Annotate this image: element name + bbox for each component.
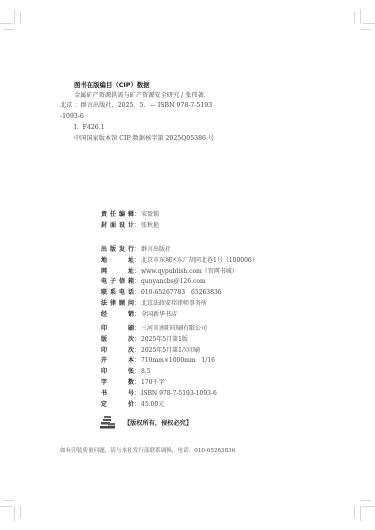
isbn-row: 书 号：ISBN 978-7-5193-1093-6 bbox=[101, 389, 217, 400]
word-count-label: 字 数 bbox=[101, 378, 134, 389]
books-icon bbox=[100, 415, 116, 429]
edition-label: 版 次 bbox=[101, 335, 134, 346]
cip-line-publication: 北京 ：群言出版社，2025．5．— ISBN 978-7-5193 bbox=[60, 101, 320, 112]
sheets-value: 8.5 bbox=[140, 367, 151, 378]
email-label: 电子信箱 bbox=[101, 277, 134, 288]
edition-value: 2025年5月第1版 bbox=[140, 335, 188, 346]
legal-counsel-row: 法律顾问：北京法政安邦律师事务所 bbox=[101, 299, 258, 310]
credit-label: 责任编辑 bbox=[101, 210, 134, 221]
copyright-text: 【版权所有，侵权必究】 bbox=[124, 418, 192, 427]
website-link[interactable]: www.qypublish.com（官网书城） bbox=[140, 267, 238, 278]
distributor-value: 全国新华书店 bbox=[140, 310, 177, 321]
distributor-row: 经 销：全国新华书店 bbox=[101, 310, 258, 321]
credit-row-editor: 责任编辑：宋盈锡 bbox=[101, 210, 159, 221]
credits-block: 责任编辑：宋盈锡 封面设计：张秋艳 bbox=[101, 210, 159, 232]
word-count-row: 字 数：170千字 bbox=[101, 378, 217, 389]
phone-label: 联系电话 bbox=[101, 288, 134, 299]
format-value: 710mm×1000mm 1/16 bbox=[140, 356, 215, 367]
impression-value: 2025年5月第1次印刷 bbox=[140, 346, 200, 357]
impression-label: 印 次 bbox=[101, 346, 134, 357]
phone-value: 010-65267783 65263836 bbox=[140, 288, 222, 299]
publisher-block: 出版发行：群言出版社 地 址：北京市东城区东厂胡同北巷1号（100006） 网 … bbox=[101, 245, 258, 321]
credit-label: 封面设计 bbox=[101, 221, 134, 232]
word-count-value: 170千字 bbox=[140, 378, 164, 389]
cip-data-block: 图书在版编目（CIP）数据 金属矿产资源供需与矿产资源安全研究 / 张伟著． 北… bbox=[60, 80, 320, 144]
cip-line-classification: Ⅰ．F426.1 bbox=[60, 123, 320, 134]
sheets-label: 印 张 bbox=[101, 367, 134, 378]
impression-row: 印 次：2025年5月第1次印刷 bbox=[101, 346, 217, 357]
cip-line-book-title: 金属矿产资源供需与矿产资源安全研究 / 张伟著． bbox=[60, 91, 320, 102]
legal-counsel-value: 北京法政安邦律师事务所 bbox=[140, 299, 207, 310]
printer-value: 三河市南阳印刷有限公司 bbox=[140, 324, 207, 335]
distributor-label: 经 销 bbox=[101, 310, 134, 321]
website-row: 网 址：www.qypublish.com（官网书城） bbox=[101, 267, 258, 278]
address-row: 地 址：北京市东城区东厂胡同北巷1号（100006） bbox=[101, 256, 258, 267]
website-label: 网 址 bbox=[101, 267, 134, 278]
phone-row: 联系电话：010-65267783 65263836 bbox=[101, 288, 258, 299]
edition-row: 版 次：2025年5月第1版 bbox=[101, 335, 217, 346]
printer-label: 印 刷 bbox=[101, 324, 134, 335]
credit-row-cover-design: 封面设计：张秋艳 bbox=[101, 221, 159, 232]
sheets-row: 印 张：8.5 bbox=[101, 367, 217, 378]
printing-block: 印 刷：三河市南阳印刷有限公司 版 次：2025年5月第1版 印 次：2025年… bbox=[101, 324, 217, 410]
address-value: 北京市东城区东厂胡同北巷1号（100006） bbox=[140, 256, 258, 267]
publisher-value: 群言出版社 bbox=[140, 245, 171, 256]
format-label: 开 本 bbox=[101, 356, 134, 367]
isbn-label: 书 号 bbox=[101, 389, 134, 400]
email-row: 电子信箱：qunyancbs@126.com bbox=[101, 277, 258, 288]
legal-counsel-label: 法律顾问 bbox=[101, 299, 134, 310]
publisher-label: 出版发行 bbox=[101, 245, 134, 256]
quality-notice: 如有印装质量问题，请与本社发行部联系调换，电话：010-65263836 bbox=[60, 446, 235, 454]
price-label: 定 价 bbox=[101, 400, 134, 411]
address-label: 地 址 bbox=[101, 256, 134, 267]
printer-row: 印 刷：三河市南阳印刷有限公司 bbox=[101, 324, 217, 335]
email-link[interactable]: qunyancbs@126.com bbox=[140, 277, 206, 288]
format-row: 开 本：710mm×1000mm 1/16 bbox=[101, 356, 217, 367]
cip-title: 图书在版编目（CIP）数据 bbox=[60, 80, 320, 91]
isbn-value: ISBN 978-7-5193-1093-6 bbox=[140, 389, 217, 400]
cip-line-cip-number: 中国国家版本馆 CIP 数据核字第 2025Q05386 号 bbox=[60, 134, 320, 145]
publisher-row: 出版发行：群言出版社 bbox=[101, 245, 258, 256]
price-value: 45.00元 bbox=[140, 400, 164, 411]
price-row: 定 价：45.00元 bbox=[101, 400, 217, 411]
cip-line-isbn-tail: -1093-6 bbox=[60, 112, 320, 123]
credit-value: 宋盈锡 bbox=[140, 210, 159, 221]
copyright-line: 【版权所有，侵权必究】 bbox=[100, 415, 192, 429]
credit-value: 张秋艳 bbox=[140, 221, 159, 232]
